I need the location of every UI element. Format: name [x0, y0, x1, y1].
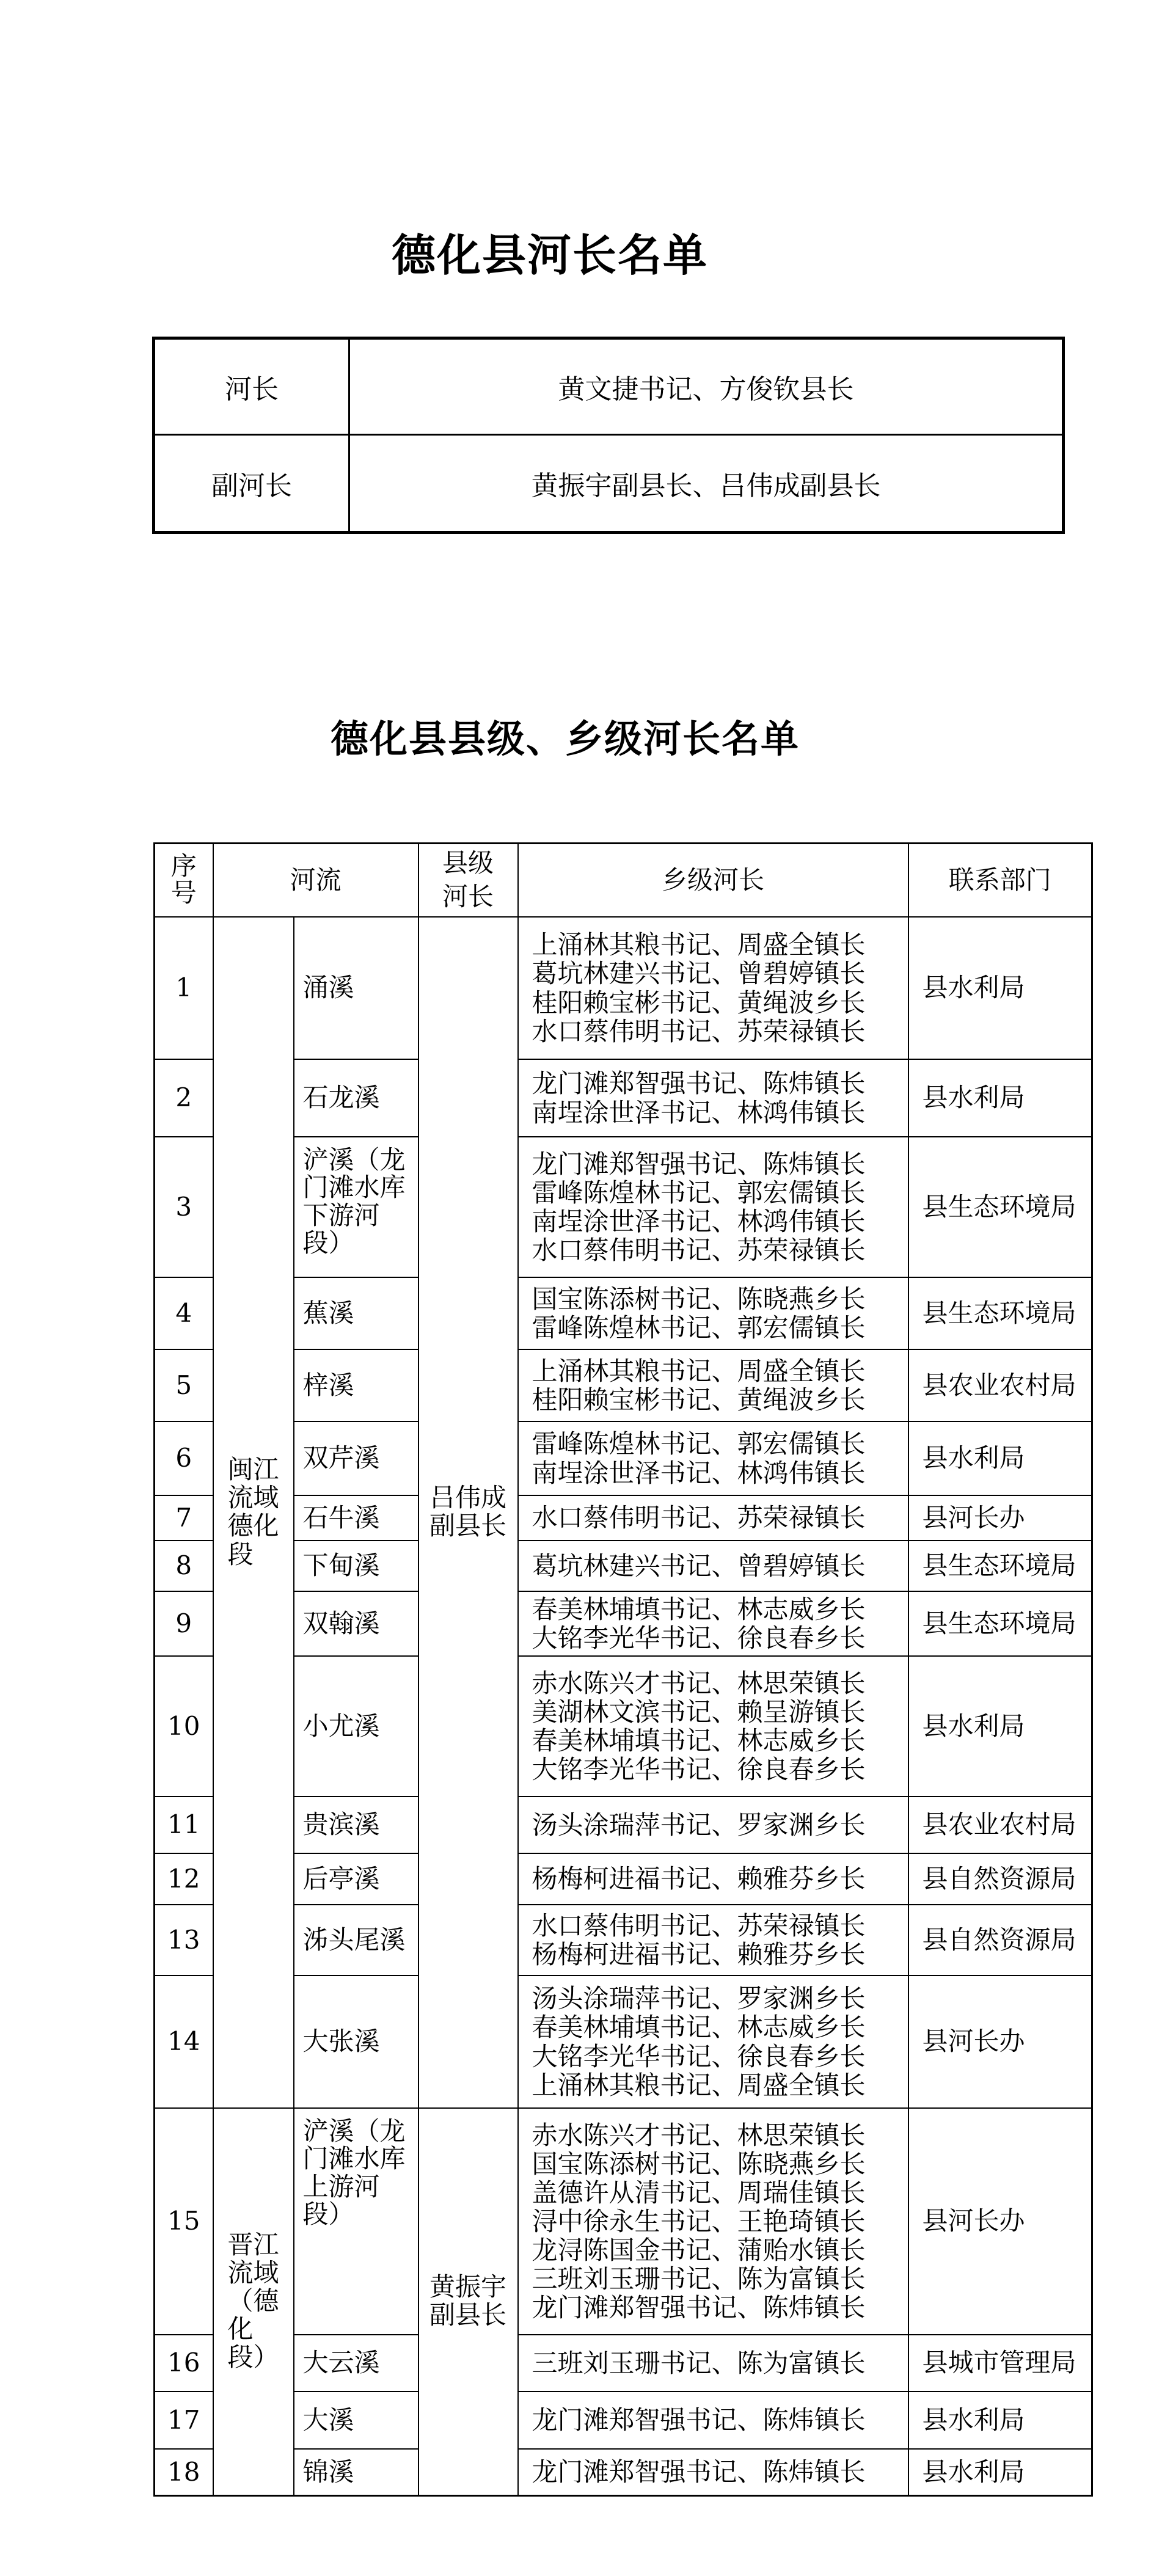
- table-row: 15晋江流域（德化段）浐溪（龙门滩水库上游河段）黄振宇副县长赤水陈兴才书记、林思…: [155, 2108, 1092, 2335]
- town-chief-cell: 三班刘玉珊书记、陈为富镇长: [518, 2335, 908, 2392]
- table-row: 2石龙溪龙门滩郑智强书记、陈炜镇长南埕涂世泽书记、林鸿伟镇长县水利局: [155, 1059, 1092, 1137]
- town-chief-line: 大铭李光华书记、徐良春乡长: [532, 1624, 908, 1652]
- river-name-cell: 大张溪: [294, 1976, 418, 2108]
- town-chief-line: 桂阳赖宝彬书记、黄绳波乡长: [532, 988, 908, 1017]
- town-chief-line: 水口蔡伟明书记、苏荣禄镇长: [532, 1503, 908, 1532]
- contact-dept: 县河长办: [908, 1976, 1092, 2108]
- town-chief-line: 水口蔡伟明书记、苏荣禄镇长: [532, 1017, 908, 1046]
- row-number: 9: [155, 1591, 213, 1656]
- table-row: 11贵滨溪汤头涂瑞萍书记、罗家渊乡长县农业农村局: [155, 1797, 1092, 1853]
- river-name-cell: 小尤溪: [294, 1656, 418, 1797]
- town-chief-line: 国宝陈添树书记、陈晓燕乡长: [532, 1285, 908, 1313]
- chief-label: 河长: [154, 338, 349, 435]
- header-county-chief-text: 县级河长: [442, 847, 494, 913]
- river-name-cell: 锦溪: [294, 2449, 418, 2495]
- town-chief-cell: 汤头涂瑞萍书记、罗家渊乡长: [518, 1797, 908, 1853]
- river-name: 石龙溪: [303, 1082, 380, 1112]
- town-chief-line: 赤水陈兴才书记、林思荣镇长: [532, 2121, 908, 2150]
- river-name-cell: 双翰溪: [294, 1591, 418, 1656]
- river-name: 后亭溪: [303, 1864, 380, 1894]
- river-name: 浐溪（龙门滩水库上游河段）: [303, 2117, 406, 2228]
- town-chief-cell: 水口蔡伟明书记、苏荣禄镇长杨梅柯进福书记、赖雅芬乡长: [518, 1905, 908, 1976]
- town-chief-line: 南埕涂世泽书记、林鸿伟镇长: [532, 1098, 908, 1127]
- river-name-cell: 双芹溪: [294, 1421, 418, 1495]
- town-chief-line: 春美林埔填书记、林志威乡长: [532, 2013, 908, 2041]
- basin-cell: 闽江流域德化段: [213, 917, 294, 2108]
- table-row: 3浐溪（龙门滩水库下游河段）龙门滩郑智强书记、陈炜镇长雷峰陈煌林书记、郭宏儒镇长…: [155, 1137, 1092, 1277]
- river-name: 梓溪: [303, 1370, 354, 1400]
- county-chief-cell: 黄振宇副县长: [418, 2108, 518, 2495]
- town-chief-line: 水口蔡伟明书记、苏荣禄镇长: [532, 1911, 908, 1940]
- river-chief-table: 序号 河流 县级河长 乡级河长 联系部门 1闽江流域德化段涌溪吕伟成副县长上涌林…: [153, 842, 1093, 2497]
- table-row: 9双翰溪春美林埔填书记、林志威乡长大铭李光华书记、徐良春乡长县生态环境局: [155, 1591, 1092, 1656]
- town-chief-line: 三班刘玉珊书记、陈为富镇长: [532, 2264, 908, 2293]
- river-name-cell: 梓溪: [294, 1349, 418, 1421]
- town-chief-line: 龙门滩郑智强书记、陈炜镇长: [532, 2293, 908, 2322]
- table-row: 河长 黄文捷书记、方俊钦县长: [154, 338, 1064, 435]
- town-chief-line: 上涌林其粮书记、周盛全镇长: [532, 930, 908, 959]
- river-name-cell: 大溪: [294, 2392, 418, 2449]
- town-chief-line: 葛坑林建兴书记、曾碧婷镇长: [532, 959, 908, 988]
- header-county-chief: 县级河长: [418, 844, 518, 918]
- town-chief-cell: 水口蔡伟明书记、苏荣禄镇长: [518, 1495, 908, 1541]
- town-chief-line: 龙浔陈国金书记、蒲贻水镇长: [532, 2236, 908, 2264]
- contact-dept: 县水利局: [908, 1059, 1092, 1137]
- table-row: 5梓溪上涌林其粮书记、周盛全镇长桂阳赖宝彬书记、黄绳波乡长县农业农村局: [155, 1349, 1092, 1421]
- town-chief-line: 杨梅柯进福书记、赖雅芬乡长: [532, 1864, 908, 1893]
- river-name: 双翰溪: [303, 1608, 380, 1638]
- river-name: 锦溪: [303, 2457, 354, 2487]
- row-number: 2: [155, 1059, 213, 1137]
- section-title: 德化县县级、乡级河长名单: [0, 709, 1152, 763]
- table-row: 16大云溪三班刘玉珊书记、陈为富镇长县城市管理局: [155, 2335, 1092, 2392]
- deputy-chief-label: 副河长: [154, 435, 349, 533]
- river-name-cell: 大云溪: [294, 2335, 418, 2392]
- row-number: 11: [155, 1797, 213, 1853]
- town-chief-line: 葛坑林建兴书记、曾碧婷镇长: [532, 1552, 908, 1580]
- town-chief-line: 赤水陈兴才书记、林思荣镇长: [532, 1669, 908, 1698]
- contact-dept: 县水利局: [908, 2449, 1092, 2495]
- table-row: 10小尤溪赤水陈兴才书记、林思荣镇长美湖林文滨书记、赖呈游镇长春美林埔填书记、林…: [155, 1656, 1092, 1797]
- table-row: 副河长 黄振宇副县长、吕伟成副县长: [154, 435, 1064, 533]
- town-chief-line: 桂阳赖宝彬书记、黄绳波乡长: [532, 1385, 908, 1414]
- town-chief-line: 美湖林文滨书记、赖呈游镇长: [532, 1698, 908, 1726]
- town-chief-cell: 国宝陈添树书记、陈晓燕乡长雷峰陈煌林书记、郭宏儒镇长: [518, 1277, 908, 1349]
- river-name-cell: 石龙溪: [294, 1059, 418, 1137]
- contact-dept: 县生态环境局: [908, 1541, 1092, 1591]
- table-row: 13泲头尾溪水口蔡伟明书记、苏荣禄镇长杨梅柯进福书记、赖雅芬乡长县自然资源局: [155, 1905, 1092, 1976]
- town-chief-cell: 赤水陈兴才书记、林思荣镇长国宝陈添树书记、陈晓燕乡长盖德许从清书记、周瑞佳镇长浔…: [518, 2108, 908, 2335]
- header-river: 河流: [213, 844, 418, 918]
- row-number: 16: [155, 2335, 213, 2392]
- page-title: 德化县河长名单: [0, 220, 1136, 283]
- table-header-row: 序号 河流 县级河长 乡级河长 联系部门: [155, 844, 1092, 918]
- town-chief-line: 龙门滩郑智强书记、陈炜镇长: [532, 2457, 908, 2486]
- town-chief-cell: 龙门滩郑智强书记、陈炜镇长: [518, 2449, 908, 2495]
- town-chief-line: 水口蔡伟明书记、苏荣禄镇长: [532, 1236, 908, 1264]
- town-chief-cell: 雷峰陈煌林书记、郭宏儒镇长南埕涂世泽书记、林鸿伟镇长: [518, 1421, 908, 1495]
- county-chief-name: 黄振宇副县长: [429, 2273, 506, 2329]
- town-chief-cell: 上涌林其粮书记、周盛全镇长桂阳赖宝彬书记、黄绳波乡长: [518, 1349, 908, 1421]
- town-chief-line: 雷峰陈煌林书记、郭宏儒镇长: [532, 1178, 908, 1207]
- table-row: 12后亭溪杨梅柯进福书记、赖雅芬乡长县自然资源局: [155, 1853, 1092, 1905]
- table-row: 17大溪龙门滩郑智强书记、陈炜镇长县水利局: [155, 2392, 1092, 2449]
- row-number: 1: [155, 917, 213, 1059]
- table-row: 14大张溪汤头涂瑞萍书记、罗家渊乡长春美林埔填书记、林志威乡长大铭李光华书记、徐…: [155, 1976, 1092, 2108]
- row-number: 5: [155, 1349, 213, 1421]
- contact-dept: 县水利局: [908, 2392, 1092, 2449]
- town-chief-line: 南埕涂世泽书记、林鸿伟镇长: [532, 1207, 908, 1236]
- town-chief-line: 杨梅柯进福书记、赖雅芬乡长: [532, 1940, 908, 1969]
- contact-dept: 县农业农村局: [908, 1797, 1092, 1853]
- town-chief-line: 雷峰陈煌林书记、郭宏儒镇长: [532, 1429, 908, 1458]
- contact-dept: 县城市管理局: [908, 2335, 1092, 2392]
- town-chief-line: 上涌林其粮书记、周盛全镇长: [532, 1357, 908, 1385]
- contact-dept: 县农业农村局: [908, 1349, 1092, 1421]
- row-number: 4: [155, 1277, 213, 1349]
- river-name-cell: 贵滨溪: [294, 1797, 418, 1853]
- contact-dept: 县自然资源局: [908, 1853, 1092, 1905]
- town-chief-cell: 龙门滩郑智强书记、陈炜镇长南埕涂世泽书记、林鸿伟镇长: [518, 1059, 908, 1137]
- town-chief-line: 国宝陈添树书记、陈晓燕乡长: [532, 2150, 908, 2178]
- table-row: 7石牛溪水口蔡伟明书记、苏荣禄镇长县河长办: [155, 1495, 1092, 1541]
- river-name: 下甸溪: [303, 1550, 380, 1580]
- river-name-cell: 浐溪（龙门滩水库上游河段）: [294, 2108, 418, 2335]
- chief-value: 黄文捷书记、方俊钦县长: [349, 338, 1064, 435]
- town-chief-cell: 上涌林其粮书记、周盛全镇长葛坑林建兴书记、曾碧婷镇长桂阳赖宝彬书记、黄绳波乡长水…: [518, 917, 908, 1059]
- town-chief-line: 汤头涂瑞萍书记、罗家渊乡长: [532, 1811, 908, 1839]
- river-name: 双芹溪: [303, 1443, 380, 1473]
- county-chief-name: 吕伟成副县长: [429, 1484, 506, 1540]
- river-name-cell: 后亭溪: [294, 1853, 418, 1905]
- header-town-chief: 乡级河长: [518, 844, 908, 918]
- table-row: 1闽江流域德化段涌溪吕伟成副县长上涌林其粮书记、周盛全镇长葛坑林建兴书记、曾碧婷…: [155, 917, 1092, 1059]
- row-number: 15: [155, 2108, 213, 2335]
- town-chief-line: 龙门滩郑智强书记、陈炜镇长: [532, 1069, 908, 1098]
- town-chief-line: 盖德许从清书记、周瑞佳镇长: [532, 2178, 908, 2207]
- town-chief-line: 浔中徐永生书记、王艳琦镇长: [532, 2207, 908, 2236]
- header-no-text: 序号: [171, 853, 197, 907]
- town-chief-line: 汤头涂瑞萍书记、罗家渊乡长: [532, 1984, 908, 2013]
- row-number: 6: [155, 1421, 213, 1495]
- row-number: 10: [155, 1656, 213, 1797]
- river-name: 小尤溪: [303, 1711, 380, 1741]
- town-chief-line: 春美林埔填书记、林志威乡长: [532, 1726, 908, 1755]
- town-chief-cell: 赤水陈兴才书记、林思荣镇长美湖林文滨书记、赖呈游镇长春美林埔填书记、林志威乡长大…: [518, 1656, 908, 1797]
- river-name: 石牛溪: [303, 1503, 380, 1533]
- deputy-chief-value: 黄振宇副县长、吕伟成副县长: [349, 435, 1064, 533]
- table-row: 4蕉溪国宝陈添树书记、陈晓燕乡长雷峰陈煌林书记、郭宏儒镇长县生态环境局: [155, 1277, 1092, 1349]
- row-number: 13: [155, 1905, 213, 1976]
- town-chief-line: 龙门滩郑智强书记、陈炜镇长: [532, 1150, 908, 1178]
- row-number: 12: [155, 1853, 213, 1905]
- contact-dept: 县河长办: [908, 1495, 1092, 1541]
- river-name: 涌溪: [303, 972, 354, 1002]
- contact-dept: 县自然资源局: [908, 1905, 1092, 1976]
- contact-dept: 县水利局: [908, 917, 1092, 1059]
- row-number: 3: [155, 1137, 213, 1277]
- town-chief-cell: 杨梅柯进福书记、赖雅芬乡长: [518, 1853, 908, 1905]
- row-number: 7: [155, 1495, 213, 1541]
- row-number: 18: [155, 2449, 213, 2495]
- basin-cell: 晋江流域（德化段）: [213, 2108, 294, 2495]
- town-chief-line: 龙门滩郑智强书记、陈炜镇长: [532, 2406, 908, 2434]
- river-name: 浐溪（龙门滩水库下游河段）: [303, 1146, 406, 1257]
- town-chief-line: 雷峰陈煌林书记、郭宏儒镇长: [532, 1313, 908, 1342]
- town-chief-line: 大铭李光华书记、徐良春乡长: [532, 2042, 908, 2071]
- river-name: 贵滨溪: [303, 1809, 380, 1839]
- town-chief-cell: 汤头涂瑞萍书记、罗家渊乡长春美林埔填书记、林志威乡长大铭李光华书记、徐良春乡长上…: [518, 1976, 908, 2108]
- contact-dept: 县生态环境局: [908, 1277, 1092, 1349]
- river-name-cell: 蕉溪: [294, 1277, 418, 1349]
- town-chief-cell: 龙门滩郑智强书记、陈炜镇长雷峰陈煌林书记、郭宏儒镇长南埕涂世泽书记、林鸿伟镇长水…: [518, 1137, 908, 1277]
- river-name-cell: 涌溪: [294, 917, 418, 1059]
- contact-dept: 县生态环境局: [908, 1591, 1092, 1656]
- river-name: 蕉溪: [303, 1298, 354, 1328]
- river-name-cell: 浐溪（龙门滩水库下游河段）: [294, 1137, 418, 1277]
- river-name: 大云溪: [303, 2348, 380, 2377]
- contact-dept: 县水利局: [908, 1656, 1092, 1797]
- contact-dept: 县水利局: [908, 1421, 1092, 1495]
- table-row: 6双芹溪雷峰陈煌林书记、郭宏儒镇长南埕涂世泽书记、林鸿伟镇长县水利局: [155, 1421, 1092, 1495]
- town-chief-line: 上涌林其粮书记、周盛全镇长: [532, 2071, 908, 2100]
- header-dept: 联系部门: [908, 844, 1092, 918]
- table-body: 1闽江流域德化段涌溪吕伟成副县长上涌林其粮书记、周盛全镇长葛坑林建兴书记、曾碧婷…: [155, 917, 1092, 2495]
- basin-name: 晋江流域（德化段）: [228, 2231, 279, 2372]
- town-chief-line: 大铭李光华书记、徐良春乡长: [532, 1755, 908, 1784]
- town-chief-cell: 春美林埔填书记、林志威乡长大铭李光华书记、徐良春乡长: [518, 1591, 908, 1656]
- table-row: 18锦溪龙门滩郑智强书记、陈炜镇长县水利局: [155, 2449, 1092, 2495]
- row-number: 8: [155, 1541, 213, 1591]
- town-chief-cell: 龙门滩郑智强书记、陈炜镇长: [518, 2392, 908, 2449]
- contact-dept: 县生态环境局: [908, 1137, 1092, 1277]
- river-name-cell: 石牛溪: [294, 1495, 418, 1541]
- row-number: 17: [155, 2392, 213, 2449]
- town-chief-line: 南埕涂世泽书记、林鸿伟镇长: [532, 1459, 908, 1487]
- town-chief-cell: 葛坑林建兴书记、曾碧婷镇长: [518, 1541, 908, 1591]
- river-name-cell: 泲头尾溪: [294, 1905, 418, 1976]
- town-chief-line: 春美林埔填书记、林志威乡长: [532, 1595, 908, 1624]
- river-name: 大张溪: [303, 2026, 380, 2056]
- river-name: 泲头尾溪: [303, 1925, 406, 1955]
- river-name-cell: 下甸溪: [294, 1541, 418, 1591]
- town-chief-line: 三班刘玉珊书记、陈为富镇长: [532, 2349, 908, 2377]
- contact-dept: 县河长办: [908, 2108, 1092, 2335]
- header-no: 序号: [155, 844, 213, 918]
- row-number: 14: [155, 1976, 213, 2108]
- river-name: 大溪: [303, 2405, 354, 2435]
- basin-name: 闽江流域德化段: [228, 1456, 279, 1569]
- county-chief-cell: 吕伟成副县长: [418, 917, 518, 2108]
- table-row: 8下甸溪葛坑林建兴书记、曾碧婷镇长县生态环境局: [155, 1541, 1092, 1591]
- chief-table: 河长 黄文捷书记、方俊钦县长 副河长 黄振宇副县长、吕伟成副县长: [152, 337, 1065, 534]
